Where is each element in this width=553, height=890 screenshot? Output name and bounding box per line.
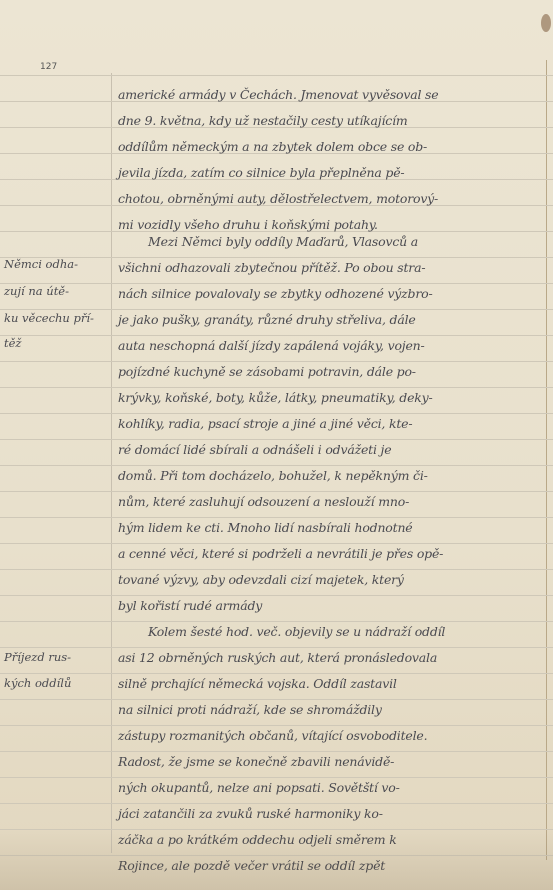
text-line: Mezi Němci byly oddíly Maďarů, Vlasovců … <box>148 234 543 249</box>
text-line: americké armády v Čechách. Jmenovat vyvě… <box>118 87 513 102</box>
text-line: Radost, že jsme se konečně zbavili nenáv… <box>118 754 513 769</box>
ruled-line <box>0 699 553 700</box>
ruled-line <box>0 309 553 310</box>
text-line: pojízdné kuchyně se zásobami potravin, d… <box>118 364 513 379</box>
ruled-line <box>0 751 553 752</box>
ruled-line <box>0 803 553 804</box>
ruled-line <box>0 387 553 388</box>
ink-stain <box>541 14 551 32</box>
ruled-line <box>0 621 553 622</box>
text-line: všichni odhazovali zbytečnou přítěž. Po … <box>118 260 513 275</box>
text-line: a cenné věci, které si podrželi a nevrát… <box>118 546 513 561</box>
ruled-line <box>0 569 553 570</box>
text-line: byl kořistí rudé armády <box>118 598 513 613</box>
ruled-line <box>0 361 553 362</box>
page-number: 127 <box>40 62 57 72</box>
ruled-line <box>0 543 553 544</box>
text-line: nách silnice povalovaly se zbytky odhoze… <box>118 286 513 301</box>
text-line: mi vozidly všeho druhu i koňskými potahy… <box>118 217 513 232</box>
text-line: kohlíky, radia, psací stroje a jiné a ji… <box>118 416 513 431</box>
ruled-line <box>0 725 553 726</box>
text-line: jevila jízda, zatím co silnice byla přep… <box>118 165 513 180</box>
text-line: chotou, obrněnými auty, dělostřelectvem,… <box>118 191 513 206</box>
ruled-line <box>0 647 553 648</box>
text-line: asi 12 obrněných ruských aut, která pron… <box>118 650 513 665</box>
notebook-page: 127 Němci odha- zují na útě- ku věcechu … <box>0 0 553 890</box>
margin-note-line: kých oddílů <box>4 676 108 690</box>
text-line: dne 9. května, kdy už nestačily cesty ut… <box>118 113 513 128</box>
text-line: hým lidem ke cti. Mnoho lidí nasbírali h… <box>118 520 513 535</box>
text-line: je jako pušky, granáty, různé druhy stře… <box>118 312 513 327</box>
ruled-line <box>0 465 553 466</box>
margin-note-line: Němci odha- <box>4 257 108 271</box>
text-line: jáci zatančili za zvuků ruské harmoniky … <box>118 806 513 821</box>
text-line: na silnici proti nádraží, kde se shromáž… <box>118 702 513 717</box>
ruled-line <box>0 517 553 518</box>
ruled-line <box>0 439 553 440</box>
text-line: oddílům německým a na zbytek dolem obce … <box>118 139 513 154</box>
text-line: nům, které zasluhují odsouzení a neslouž… <box>118 494 513 509</box>
ruled-line <box>0 595 553 596</box>
text-line: ných okupantů, nelze ani popsati. Sovětš… <box>118 780 513 795</box>
margin-note-line: zují na útě- <box>4 284 108 298</box>
text-line: auta neschopná další jízdy zapálená vojá… <box>118 338 513 353</box>
text-line: krývky, koňské, boty, kůže, látky, pneum… <box>118 390 513 405</box>
text-line: tované výzvy, aby odevzdali cizí majetek… <box>118 572 513 587</box>
ruled-line <box>0 491 553 492</box>
page-edge <box>546 60 547 860</box>
text-line: ré domácí lidé sbírali a odnášeli i odvá… <box>118 442 513 457</box>
margin-rule <box>111 73 112 853</box>
text-line: zástupy rozmanitých občanů, vítající osv… <box>118 728 513 743</box>
margin-note-line: Příjezd rus- <box>4 650 108 664</box>
margin-note-line: těž <box>4 336 108 350</box>
text-line: Kolem šesté hod. več. objevily se u nádr… <box>148 624 543 639</box>
ruled-line <box>0 673 553 674</box>
ruled-line <box>0 777 553 778</box>
margin-note-line: ku věcechu pří- <box>4 311 108 325</box>
text-line: domů. Při tom docházelo, bohužel, k nepě… <box>118 468 513 483</box>
page-shadow <box>0 830 553 890</box>
ruled-line <box>0 413 553 414</box>
ruled-line <box>0 75 553 76</box>
text-line: silně prchající německá vojska. Oddíl za… <box>118 676 513 691</box>
